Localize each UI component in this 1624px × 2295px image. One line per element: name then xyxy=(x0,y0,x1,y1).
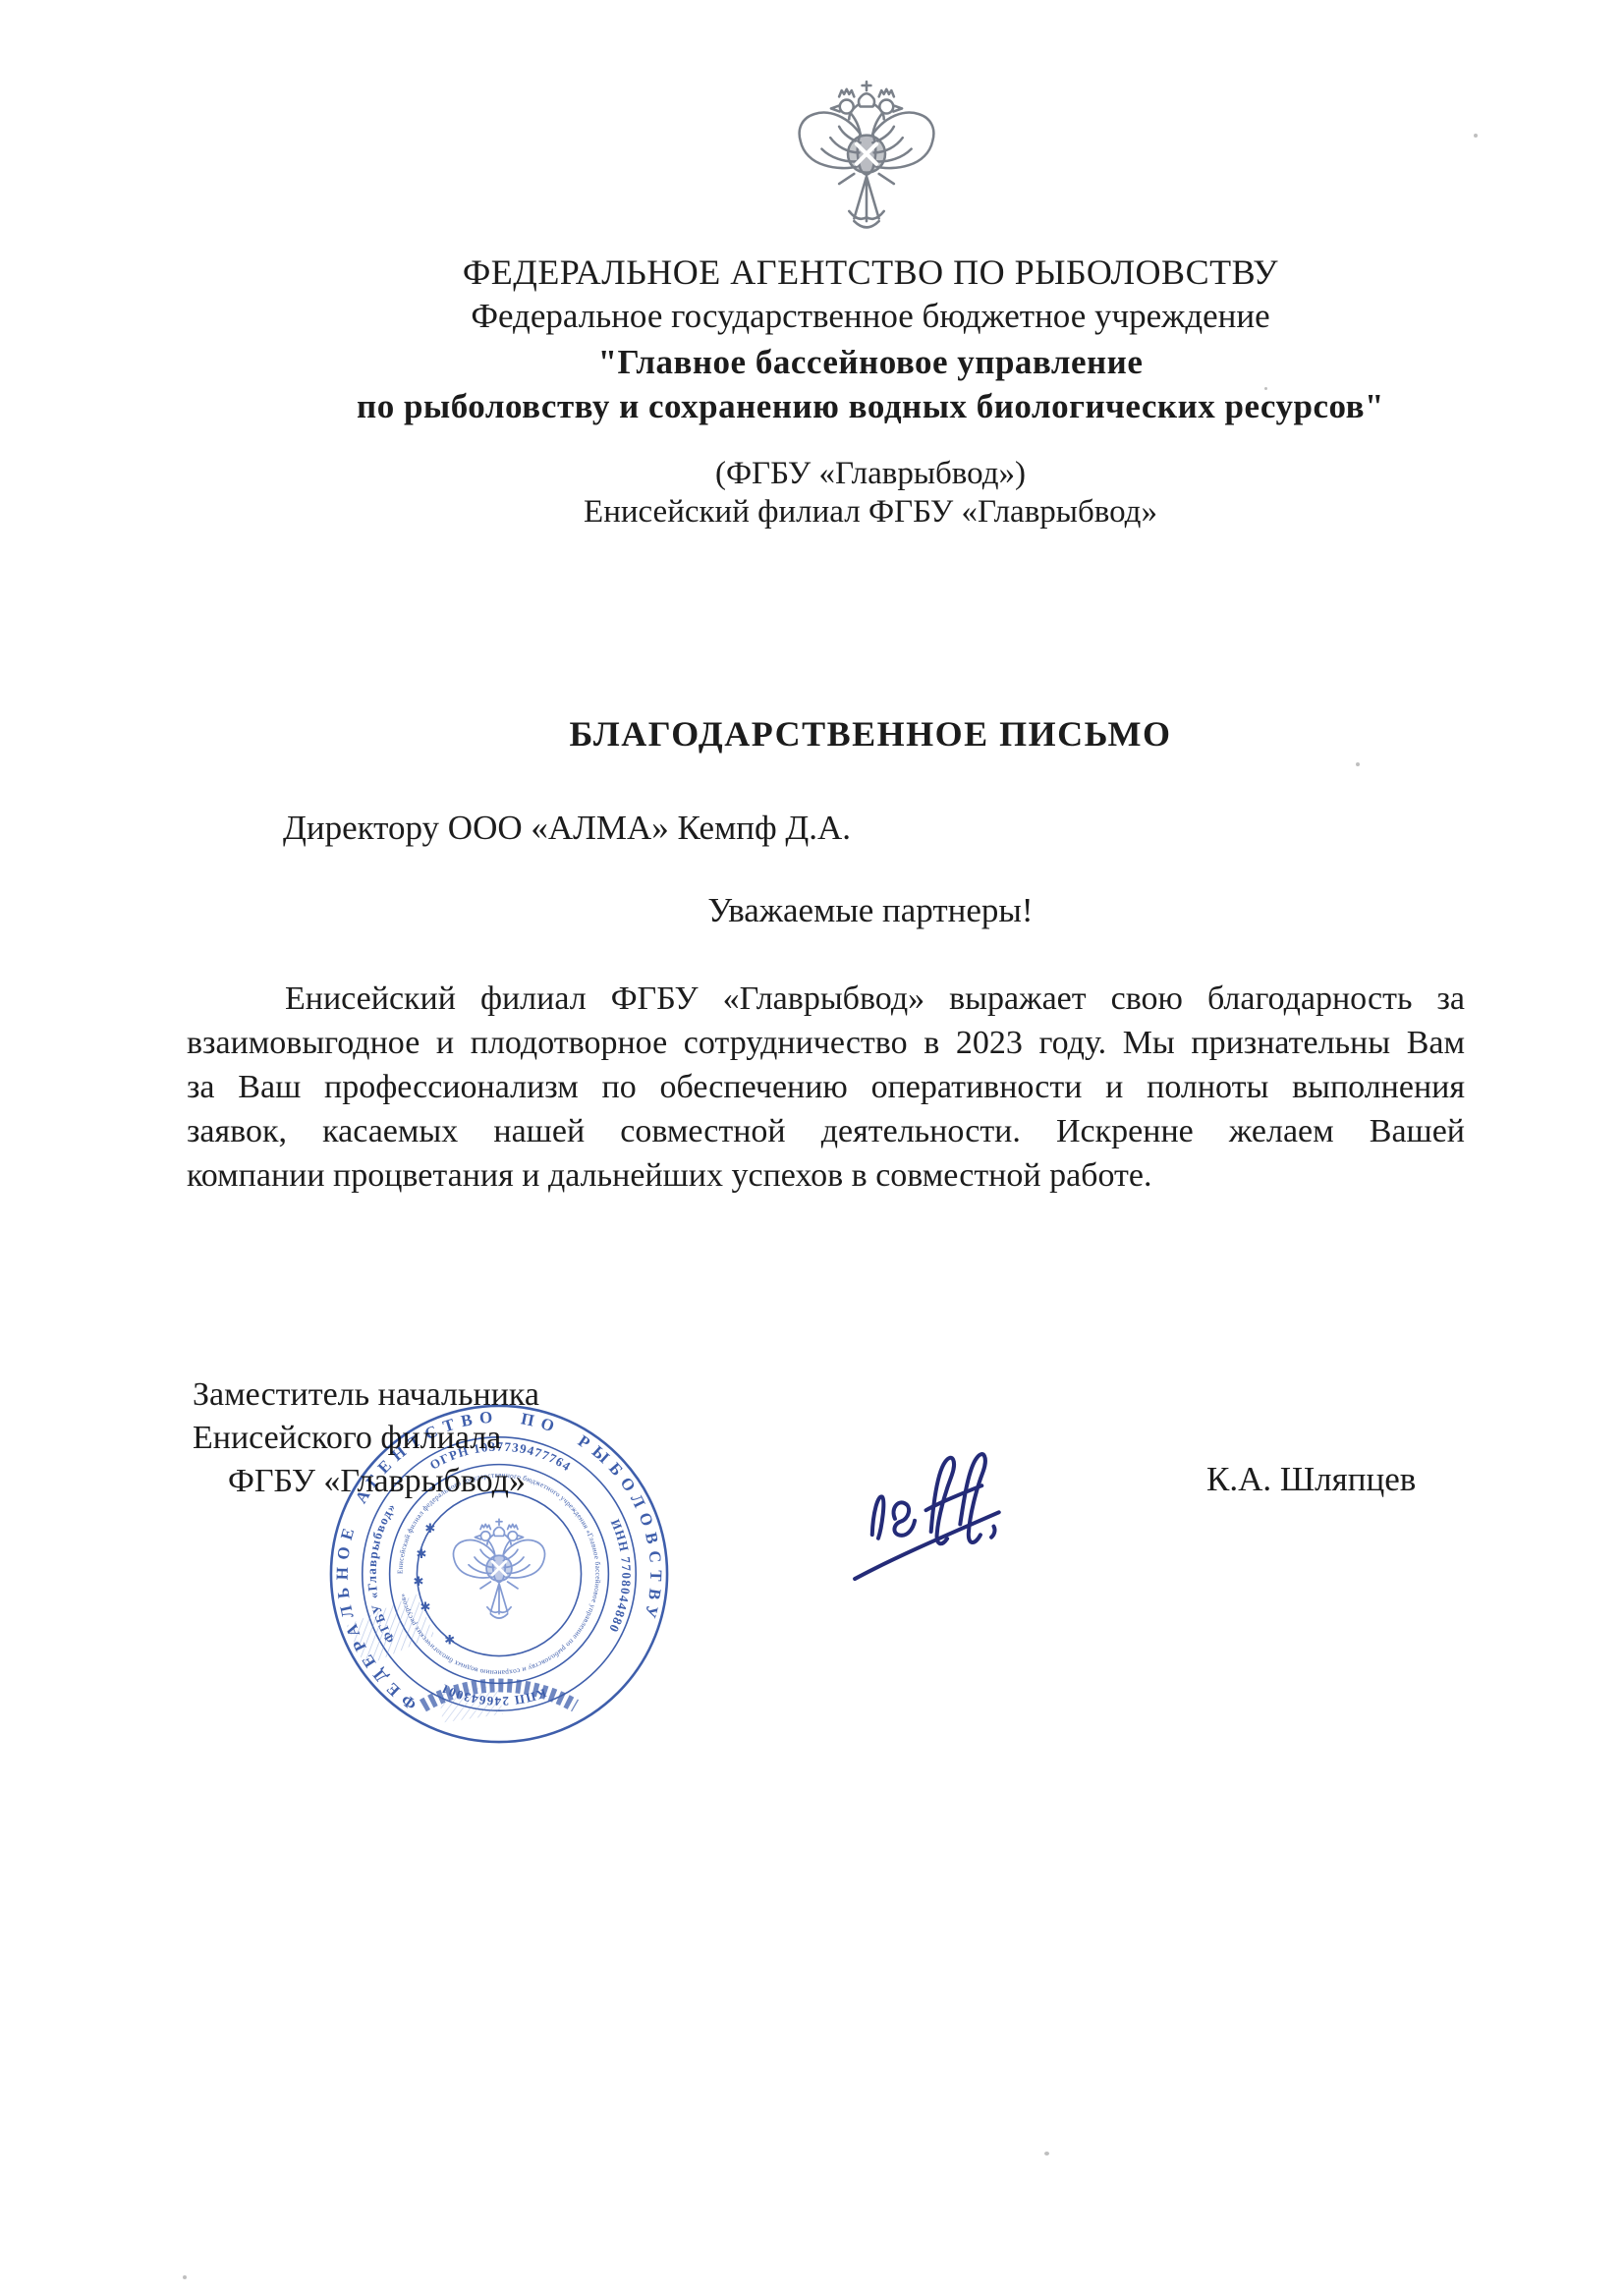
body-line: за Ваш профессионализм по обеспечению оп… xyxy=(187,1065,1465,1109)
letter-title: БЛАГОДАРСТВЕННОЕ ПИСЬМО xyxy=(117,713,1624,755)
scan-speck xyxy=(1044,2152,1049,2155)
body-paragraph: Енисейский филиал ФГБУ «Главрыбвод» выра… xyxy=(187,977,1465,1198)
official-stamp: ФЕДЕРАЛЬНОЕ АГЕНТСТВО ПО РЫБОЛОВСТВУ ФГБ… xyxy=(323,1398,675,1750)
org-abbreviation: (ФГБУ «Главрыбвод») xyxy=(117,456,1624,492)
body-line: заявок, касаемых нашей совместной деятел… xyxy=(187,1109,1465,1153)
salutation: Уважаемые партнеры! xyxy=(117,891,1624,930)
scan-speck xyxy=(1474,134,1478,138)
svg-text:✱: ✱ xyxy=(424,1521,435,1536)
scan-speck xyxy=(1356,762,1360,766)
svg-text:✱: ✱ xyxy=(444,1633,455,1648)
body-line: компании процветания и дальнейших успехо… xyxy=(187,1153,1465,1198)
org-name-line-2: по рыболовству и сохранению водных биоло… xyxy=(117,387,1624,426)
header-institution: Федеральное государственное бюджетное уч… xyxy=(117,297,1624,336)
recipient-line: Директору ООО «АЛМА» Кемпф Д.А. xyxy=(283,809,851,848)
svg-text:✱: ✱ xyxy=(413,1574,423,1589)
scan-speck xyxy=(1264,387,1267,390)
header-agency: ФЕДЕРАЛЬНОЕ АГЕНТСТВО ПО РЫБОЛОВСТВУ xyxy=(117,252,1624,293)
svg-text:✱: ✱ xyxy=(420,1599,430,1614)
body-line: взаимовыгодное и плодотворное сотрудниче… xyxy=(187,1021,1465,1065)
handwritten-signature xyxy=(839,1406,1133,1593)
double-headed-eagle-emblem xyxy=(792,79,941,242)
stamp-eagle xyxy=(453,1519,544,1618)
branch-name: Енисейский филиал ФГБУ «Главрыбвод» xyxy=(117,494,1624,531)
svg-text:✱: ✱ xyxy=(416,1546,426,1561)
org-name-line-1: "Главное бассейновое управление xyxy=(117,343,1624,382)
scan-speck xyxy=(183,2275,187,2279)
signer-name: К.А. Шляпцев xyxy=(1206,1460,1416,1499)
body-line: Енисейский филиал ФГБУ «Главрыбвод» выра… xyxy=(187,977,1465,1021)
stamp-ogrn: ОГРН 1037739477764 xyxy=(427,1439,574,1475)
letter-page: ФЕДЕРАЛЬНОЕ АГЕНТСТВО ПО РЫБОЛОВСТВУ Фед… xyxy=(0,0,1624,2295)
